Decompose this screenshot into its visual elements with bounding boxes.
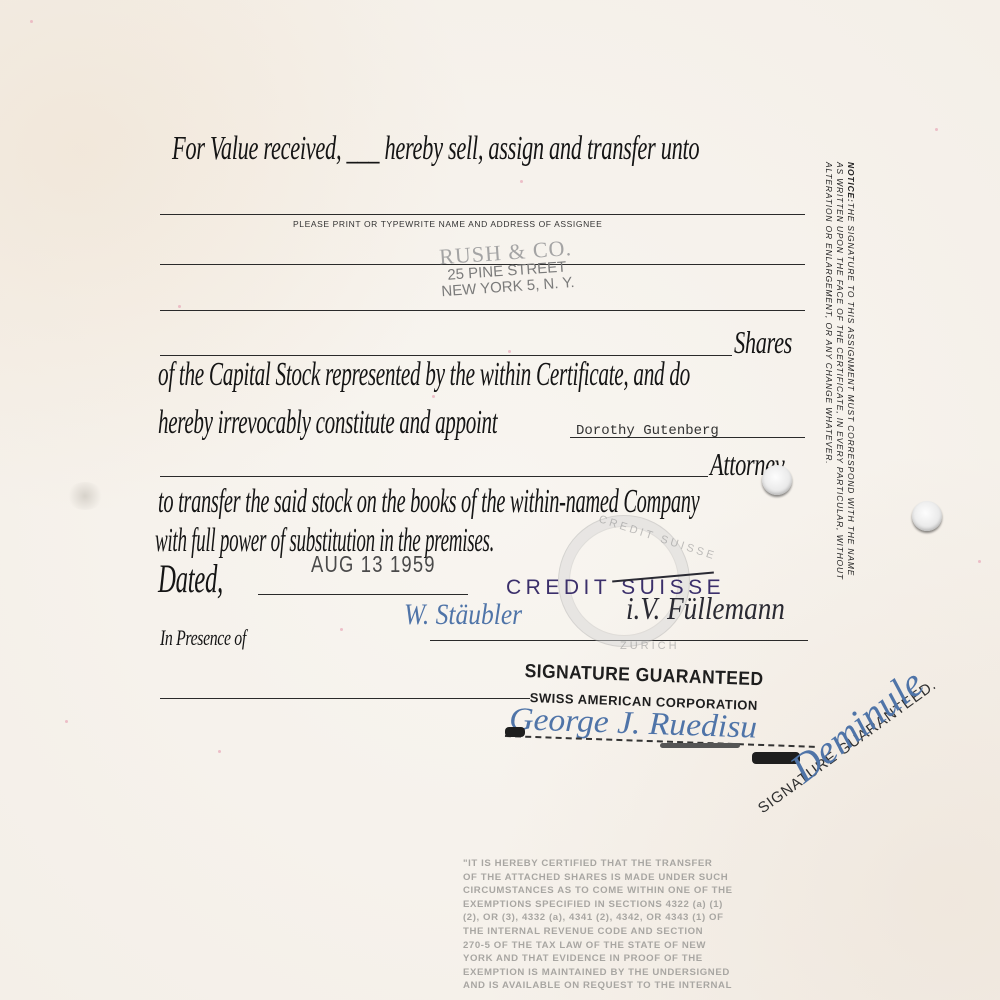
tax-line: AND IS AVAILABLE ON REQUEST TO THE INTER… xyxy=(463,979,813,993)
notice-line-1: NOTICE:THE SIGNATURE TO THIS ASSIGNMENT … xyxy=(845,162,856,580)
tax-line: OF THE ATTACHED SHARES IS MADE UNDER SUC… xyxy=(463,871,813,885)
dated-line[interactable] xyxy=(258,594,468,595)
assignee-name-line[interactable] xyxy=(160,214,805,215)
assignee-address-line-2[interactable] xyxy=(160,310,805,311)
signature-staubler: W. Stäubler xyxy=(404,598,522,632)
paper-speck xyxy=(520,180,523,183)
notice-line-1-text: THE SIGNATURE TO THIS ASSIGNMENT MUST CO… xyxy=(846,203,856,576)
paper-speck xyxy=(178,305,181,308)
punch-hole-1 xyxy=(762,465,792,495)
appoint-line: hereby irrevocably constitute and appoin… xyxy=(158,404,497,442)
tax-line: YORK AND THAT EVIDENCE IN PROOF OF THE xyxy=(463,952,813,966)
embossed-mark xyxy=(66,482,104,510)
paper-speck xyxy=(65,720,68,723)
tax-line: EXEMPTIONS SPECIFIED IN SECTIONS 4322 (a… xyxy=(463,898,813,912)
notice-text: NOTICE:THE SIGNATURE TO THIS ASSIGNMENT … xyxy=(823,162,856,580)
tax-line: 270-5 OF THE TAX LAW OF THE STATE OF NEW xyxy=(463,939,813,953)
punch-hole-2 xyxy=(912,501,942,531)
notice-label: NOTICE: xyxy=(846,162,856,203)
paper-speck xyxy=(432,395,435,398)
paper-speck xyxy=(935,128,938,131)
dated-value[interactable]: AUG 13 1959 xyxy=(311,551,436,578)
signature-fullemann: i.V. Füllemann xyxy=(626,590,785,627)
tax-line: "IT IS HEREBY CERTIFIED THAT THE TRANSFE… xyxy=(463,857,813,871)
guarantor-signature-2: Deminule xyxy=(781,659,932,792)
paper-speck xyxy=(30,20,33,23)
assignee-caption: PLEASE PRINT OR TYPEWRITE NAME AND ADDRE… xyxy=(293,219,602,229)
witness-line[interactable] xyxy=(160,698,530,699)
paper-speck xyxy=(218,750,221,753)
notice-line-3: ALTERATION OR ENLARGEMENT, OR ANY CHANGE… xyxy=(823,162,834,580)
capital-stock-line: of the Capital Stock represented by the … xyxy=(158,356,690,394)
attorney-line[interactable] xyxy=(160,476,708,477)
seal-text-bottom: ZURICH xyxy=(620,640,680,652)
paper-speck xyxy=(508,350,511,353)
stamp-ink-blot-left xyxy=(505,727,525,737)
paper-speck xyxy=(340,628,343,631)
tax-certification-block: "IT IS HEREBY CERTIFIED THAT THE TRANSFE… xyxy=(463,857,813,993)
stamp-ink-bar xyxy=(660,743,740,748)
shares-label: Shares xyxy=(734,324,792,361)
for-value-received-line: For Value received, ___ hereby sell, ass… xyxy=(172,130,699,168)
attorney-name-line[interactable] xyxy=(570,437,805,438)
paper-speck xyxy=(978,560,981,563)
tax-line: CIRCUMSTANCES AS TO COME WITHIN ONE OF T… xyxy=(463,884,813,898)
tax-line: EXEMPTION IS MAINTAINED BY THE UNDERSIGN… xyxy=(463,966,813,980)
tax-line: THE INTERNAL REVENUE CODE AND SECTION xyxy=(463,925,813,939)
dated-label: Dated, xyxy=(158,555,223,602)
presence-label: In Presence of xyxy=(160,625,246,651)
notice-line-2: AS WRITTEN UPON THE FACE OF THE CERTIFIC… xyxy=(834,162,845,580)
assignee-address-stamp: RUSH & CO. 25 PINE STREET NEW YORK 5, N.… xyxy=(400,233,613,302)
tax-line: (2), OR (3), 4332 (a), 4341 (2), 4342, O… xyxy=(463,911,813,925)
guaranteed-stamp-title: SIGNATURE GUARANTEED xyxy=(524,661,764,691)
